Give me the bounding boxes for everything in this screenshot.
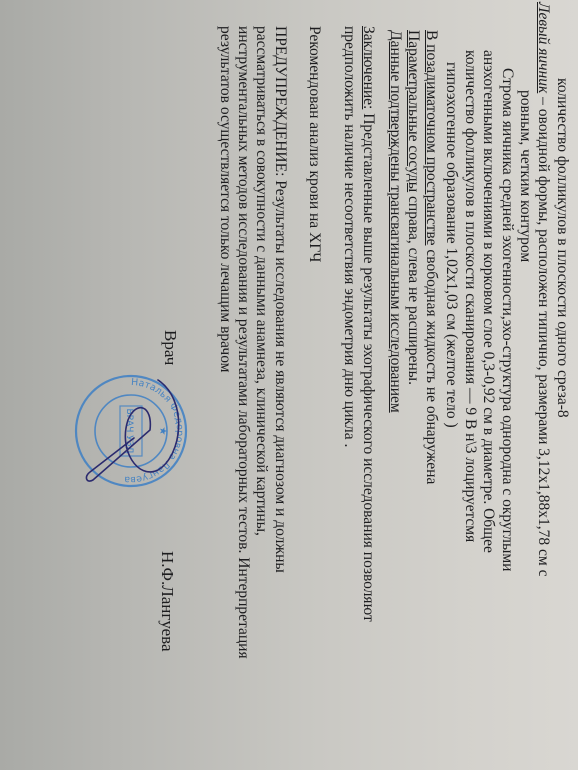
text-line: анэхогенными включениями в корковом слое… — [481, 50, 497, 553]
text-line: В позадиматочном пространстве свободная … — [424, 30, 440, 484]
left-ovary-heading: Левый яичник — [535, 2, 552, 93]
recommendation-line: Рекомендован анализ крови на ХГЧ — [307, 26, 323, 262]
text-line: количество фолликулов в плоскости одного… — [555, 78, 571, 418]
text-line: гипоэхогенное образование 1,02х1,03 см (… — [444, 62, 460, 428]
text-line: ровным, четким контуром — [518, 90, 534, 262]
text-line: Строма яичника средней эхогенности,эхо-с… — [500, 68, 516, 571]
text-line: результатов осуществляется только лечащи… — [218, 26, 234, 372]
text-line: Данные подтверждены трансвагинальным исс… — [388, 30, 404, 413]
text-line: Параметральные сосуды справа, слева не р… — [406, 30, 422, 385]
text-line: рассматриваться в совокупности с данными… — [254, 26, 270, 536]
retrouterine-heading: В позадиматочном пространстве — [423, 30, 440, 245]
conclusion-line: Заключение: Представленные выше результа… — [361, 26, 377, 622]
text-line: Левый яичник – овоидной формы, расположе… — [536, 2, 552, 576]
parametral-vessels-heading: Параметральные сосуды — [405, 30, 422, 192]
signature-scribble-icon — [78, 360, 198, 500]
document-page: количество фолликулов в плоскости одного… — [0, 0, 578, 770]
conclusion-heading: Заключение: — [360, 26, 377, 109]
text-line: количество фолликулов в плоскости сканир… — [463, 50, 479, 542]
signature-name: Н.Ф.Лангуева — [159, 551, 176, 652]
text-line: предположить наличие несоответствия эндо… — [342, 26, 358, 447]
text-line: инструментальных методов исследования и … — [236, 26, 252, 659]
warning-line: ПРЕДУПРЕЖДЕНИЕ: Результаты исследования … — [273, 26, 289, 573]
